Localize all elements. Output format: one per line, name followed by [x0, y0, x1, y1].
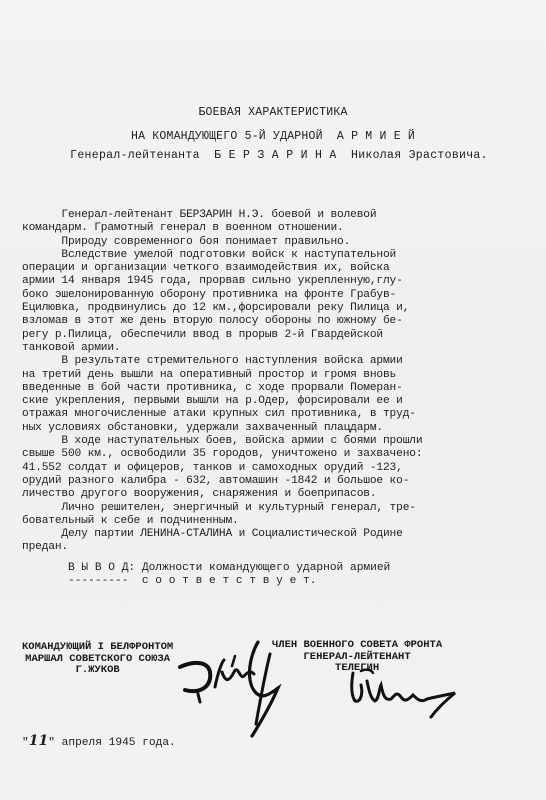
signatory-left-name: Г.ЖУКОВ [22, 665, 173, 677]
document-date: "11" апреля 1945 года. [22, 733, 176, 749]
body-line: Природу современного боя понимает правил… [22, 236, 532, 249]
document-subtitle: НА КОМАНДУЮЩЕГО 5-Й УДАРНОЙ А Р М И Е Й [0, 130, 546, 143]
characteristic-body: Генерал-лейтенант БЕРЗАРИН Н.Э. боевой и… [22, 209, 532, 555]
date-close-quote: " [48, 737, 55, 749]
telegin-signature-icon [345, 665, 475, 735]
body-line: предан. [22, 541, 532, 554]
subject-name-line: Генерал-лейтенанта Б Е Р З А Р И Н А Ник… [6, 149, 546, 162]
body-line: командарм. Грамотный генерал в военном о… [22, 222, 532, 235]
body-line: ных условиях обстановки, удержали захвач… [22, 422, 532, 435]
body-line: на третий день вышли на оперативный прос… [22, 369, 532, 382]
body-line: бовательный к себе и подчиненным. [22, 515, 532, 528]
date-rest: апреля 1945 года. [62, 737, 176, 749]
body-line: личество другого вооружения, снаряжения … [22, 488, 532, 501]
body-line: В результате стремительного наступления … [22, 355, 532, 368]
body-line: боко эшелонированную оборону противника … [22, 289, 532, 302]
body-line: 41.552 солдат и офицеров, танков и самох… [22, 462, 532, 475]
signatory-left: КОМАНДУЮЩИЙ I БЕЛФРОНТОММАРШАЛ СОВЕТСКОГ… [22, 642, 173, 677]
zhukov-signature-icon [160, 632, 300, 742]
body-line: Генерал-лейтенант БЕРЗАРИН Н.Э. боевой и… [22, 209, 532, 222]
body-line: Делу партии ЛЕНИНА-СТАЛИНА и Социалистич… [22, 528, 532, 541]
document-page: БОЕВАЯ ХАРАКТЕРИСТИКА НА КОМАНДУЮЩЕГО 5-… [0, 0, 546, 800]
conclusion-label: В Ы В О Д: [68, 562, 135, 574]
body-line: свыше 500 км., освободили 35 городов, ун… [22, 448, 532, 461]
conclusion-text: Должности командующего ударной армией [142, 562, 390, 574]
body-line: танковой армии. [22, 342, 532, 355]
body-line: Вследствие умелой подготовки войск к нас… [22, 249, 532, 262]
body-line: введенные в бой части противника, с ходе… [22, 382, 532, 395]
conclusion-dashes: --------- [68, 575, 128, 587]
body-line: армии 14 января 1945 года, прорвав сильн… [22, 275, 532, 288]
body-line: Ецилювка, продвинулись до 12 км.,форсиро… [22, 302, 532, 315]
conclusion-block: В Ы В О Д: Должности командующего ударно… [68, 562, 390, 587]
body-line: регу р.Пилица, обеспечили ввод в прорыв … [22, 329, 532, 342]
conclusion-verdict: с о о т в е т с т в у е т. [142, 575, 317, 587]
body-line: взломав в этот же день вторую полосу обо… [22, 315, 532, 328]
body-line: В ходе наступательных боев, войска армии… [22, 435, 532, 448]
date-open-quote: " [22, 737, 29, 749]
document-title: БОЕВАЯ ХАРАКТЕРИСТИКА [0, 106, 546, 119]
body-line: Лично решителен, энергичный и культурный… [22, 502, 532, 515]
body-line: ские укрепления, первыми вышли на р.Одер… [22, 395, 532, 408]
body-line: операции и организации четкого взаимодей… [22, 262, 532, 275]
pen-stroke-icon [248, 650, 278, 730]
date-day-handwritten: 11 [29, 733, 48, 749]
signatory-left-title: КОМАНДУЮЩИЙ I БЕЛФРОНТОМ [22, 642, 173, 654]
body-line: орудий разного калибра - 632, автомашин … [22, 475, 532, 488]
body-line: отражая многочисленные атаки крупных сил… [22, 408, 532, 421]
